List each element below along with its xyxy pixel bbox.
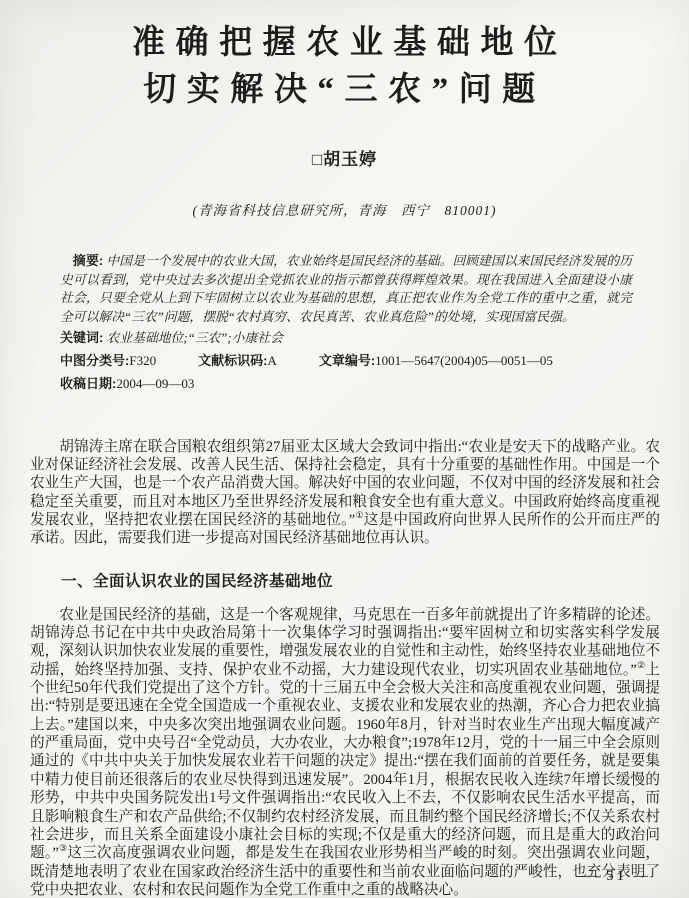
keywords-text: 农业基础地位;“三农”;小康社会	[107, 331, 283, 345]
received-date-label: 收稿日期:	[60, 376, 116, 391]
title-line-1: 准确把握农业基础地位	[132, 25, 568, 61]
section-heading-1: 一、全面认识农业的国民经济基础地位	[61, 569, 660, 591]
clc-number: 中图分类号:F320	[60, 352, 156, 371]
document-code-label: 文献标识码:	[198, 353, 267, 368]
received-date-value: 2004—09—03	[116, 376, 194, 391]
paper-title: 准确把握农业基础地位 切实解决“三农”问题	[10, 20, 679, 114]
title-line-2: 切实解决“三农”问题	[143, 72, 546, 108]
page-number: — 51 —	[582, 868, 651, 885]
abstract-text: 中国是一个发展中的农业大国，农业始终是国民经济的基础。回顾建国以来国民经济发展的…	[60, 254, 632, 324]
article-number-value: 1001—5647(2004)05—0051—05	[375, 353, 553, 368]
keywords: 关键词: 农业基础地位;“三农”;小康社会	[60, 329, 632, 348]
author-line: □胡玉婷	[0, 145, 689, 170]
paragraph-2-text-1: 农业是国民经济的基础，这是一个客观规律，马克思在一百多年前就提出了许多精辟的论述…	[30, 607, 660, 678]
affiliation: (青海省科技信息研究所，青海 西宁 810001)	[0, 199, 689, 219]
abstract-label: 摘要:	[73, 253, 103, 268]
clc-label: 中图分类号:	[60, 353, 129, 368]
author-square-icon: □	[312, 150, 323, 169]
author-name: 胡玉婷	[323, 150, 377, 169]
body-paragraph-1: 胡锦涛主席在联合国粮农组织第27届亚太区域大会致词中指出:“农业是安天下的战略产…	[30, 438, 660, 548]
paragraph-2-text-3: 这三次高度强调农业问题，都是发生在我国农业形势相当严峻的时刻。突出强调农业问题，…	[30, 845, 660, 898]
keywords-label: 关键词:	[60, 330, 103, 345]
article-number-label: 文章编号:	[319, 353, 375, 368]
received-date: 收稿日期:2004—09—03	[60, 375, 632, 394]
document-code: 文献标识码:A	[198, 352, 277, 371]
abstract: 摘要: 中国是一个发展中的农业大国，农业始终是国民经济的基础。回顾建国以来国民经…	[60, 252, 632, 326]
codes-row: 中图分类号:F320 文献标识码:A 文章编号:1001—5647(2004)0…	[60, 352, 632, 371]
article-number: 文章编号:1001—5647(2004)05—0051—05	[319, 352, 553, 371]
clc-value: F320	[129, 353, 156, 368]
paper-page: 准确把握农业基础地位 切实解决“三农”问题 □胡玉婷 (青海省科技信息研究所，青…	[0, 0, 689, 898]
meta-block: 摘要: 中国是一个发展中的农业大国，农业始终是国民经济的基础。回顾建国以来国民经…	[60, 252, 632, 394]
article-body: 胡锦涛主席在联合国粮农组织第27届亚太区域大会致词中指出:“农业是安天下的战略产…	[30, 438, 660, 898]
body-paragraph-2: 农业是国民经济的基础，这是一个客观规律，马克思在一百多年前就提出了许多精辟的论述…	[30, 606, 660, 898]
footnote-ref-1: ①	[355, 510, 364, 520]
paragraph-2-text-2: 上个世纪50年代我们党提出了这个方针。党的十三届五中全会极大关注和高度重视农业问…	[30, 662, 660, 861]
document-code-value: A	[267, 353, 276, 368]
